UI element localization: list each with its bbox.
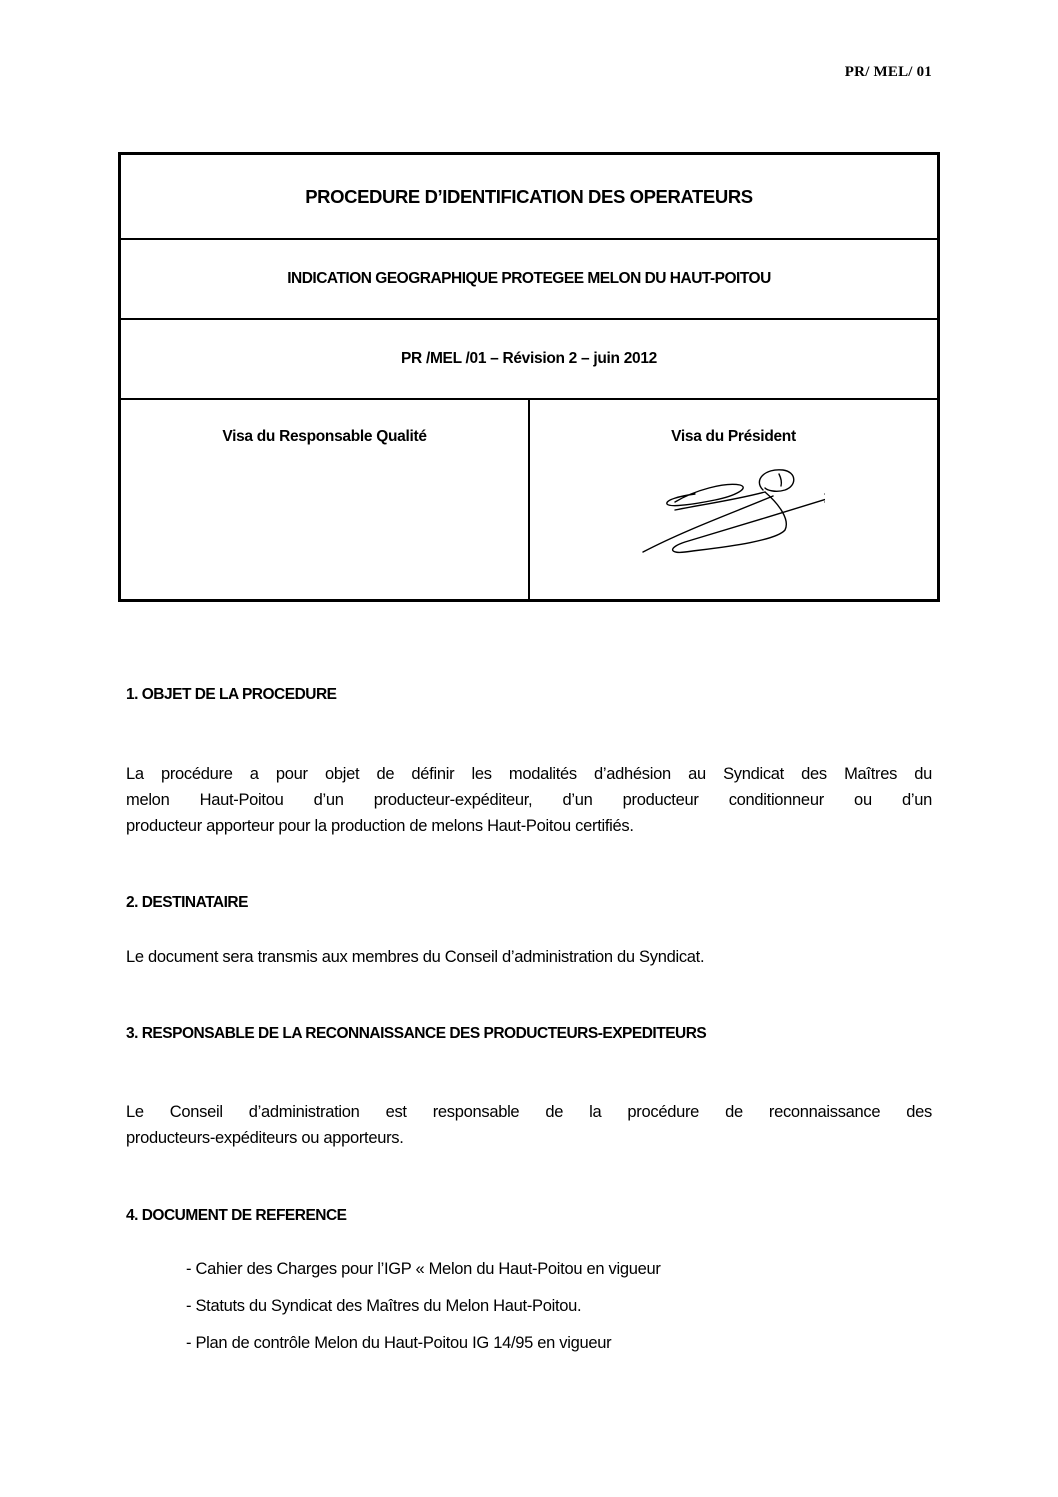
section-paragraph-responsable: Le Conseil d’administration est responsa… xyxy=(126,1099,932,1151)
president-signature-icon xyxy=(625,460,825,560)
section-paragraph-objet: La procédure a pour objet de définir les… xyxy=(126,761,932,839)
paragraph-line: Le document sera transmis aux membres du… xyxy=(126,944,932,970)
visa-quality-label: Visa du Responsable Qualité xyxy=(121,428,528,446)
visa-quality-cell: Visa du Responsable Qualité xyxy=(121,400,530,599)
paragraph-line: producteurs-expéditeurs ou apporteurs. xyxy=(126,1125,932,1151)
igp-row: INDICATION GEOGRAPHIQUE PROTEGEE MELON D… xyxy=(121,240,937,320)
revision-label: PR /MEL /01 – Révision 2 – juin 2012 xyxy=(401,350,657,368)
document-title: PROCEDURE D’IDENTIFICATION DES OPERATEUR… xyxy=(305,186,753,208)
list-item: - Statuts du Syndicat des Maîtres du Mel… xyxy=(186,1293,661,1330)
revision-row: PR /MEL /01 – Révision 2 – juin 2012 xyxy=(121,320,937,400)
section-paragraph-destinataire: Le document sera transmis aux membres du… xyxy=(126,944,932,970)
igp-subtitle: INDICATION GEOGRAPHIQUE PROTEGEE MELON D… xyxy=(287,270,771,288)
paragraph-line: Le Conseil d’administration est responsa… xyxy=(126,1099,932,1125)
paragraph-line: La procédure a pour objet de définir les… xyxy=(126,761,932,787)
visa-president-cell: Visa du Président xyxy=(530,400,937,599)
visa-president-label: Visa du Président xyxy=(530,428,937,446)
paragraph-line: producteur apporteur pour la production … xyxy=(126,813,932,839)
list-item: - Cahier des Charges pour l’IGP « Melon … xyxy=(186,1256,661,1293)
document-title-row: PROCEDURE D’IDENTIFICATION DES OPERATEUR… xyxy=(121,155,937,240)
section-heading-destinataire: 2. DESTINATAIRE xyxy=(126,894,248,912)
visa-row: Visa du Responsable Qualité Visa du Prés… xyxy=(121,400,937,599)
list-item: - Plan de contrôle Melon du Haut-Poitou … xyxy=(186,1330,661,1367)
reference-list: - Cahier des Charges pour l’IGP « Melon … xyxy=(186,1256,661,1367)
section-heading-reference: 4. DOCUMENT DE REFERENCE xyxy=(126,1207,347,1225)
paragraph-line: melon Haut-Poitou d’un producteur-expédi… xyxy=(126,787,932,813)
page-reference: PR/ MEL/ 01 xyxy=(845,64,932,81)
section-heading-responsable: 3. RESPONSABLE DE LA RECONNAISSANCE DES … xyxy=(126,1025,706,1043)
section-heading-objet: 1. OBJET DE LA PROCEDURE xyxy=(126,686,337,704)
header-table: PROCEDURE D’IDENTIFICATION DES OPERATEUR… xyxy=(118,152,940,602)
